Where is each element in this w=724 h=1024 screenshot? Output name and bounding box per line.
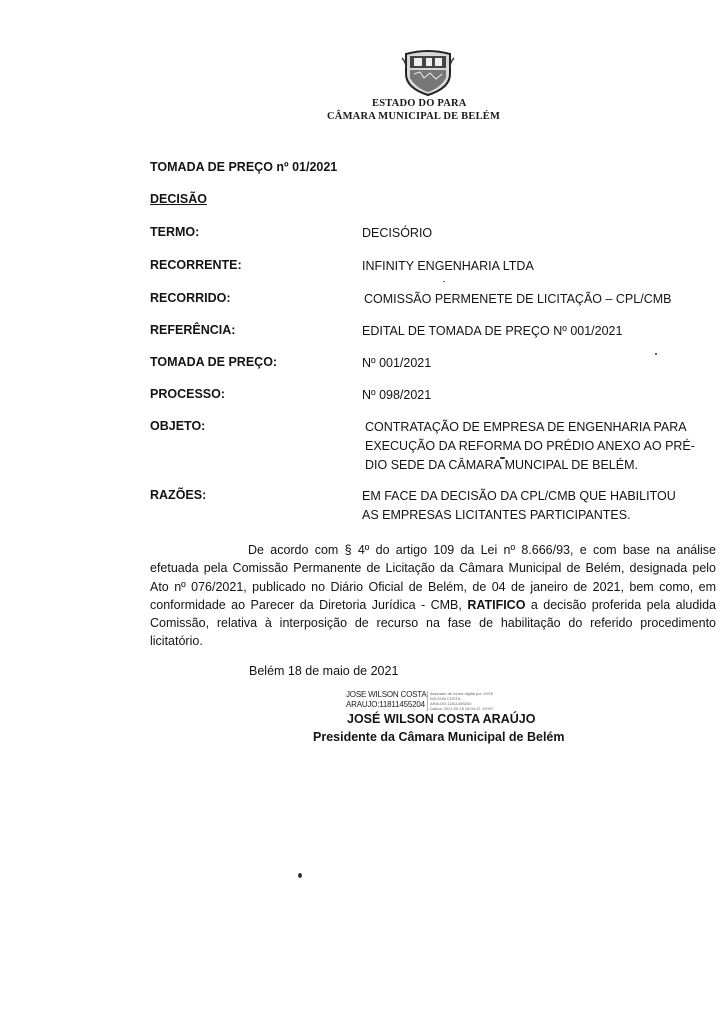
field-value-processo: Nº 098/2021 xyxy=(362,386,692,405)
objeto-line-2: EXECUÇÃO DA REFORMA DO PRÉDIO ANEXO AO P… xyxy=(365,437,695,456)
scan-speck xyxy=(655,353,657,355)
field-label-recorrido: RECORRIDO: xyxy=(150,291,231,305)
stamp-line-2: WILSON COSTA ARAUJO:11811455204 xyxy=(430,696,500,706)
field-label-processo: PROCESSO: xyxy=(150,387,225,401)
header-chamber: CÂMARA MUNICIPAL DE BELÉM xyxy=(327,111,724,122)
scan-speck xyxy=(443,281,445,282)
field-label-tomada-de-preco: TOMADA DE PREÇO: xyxy=(150,355,277,369)
document-page: ESTADO DO PARA CÂMARA MUNICIPAL DE BELÉM… xyxy=(0,0,724,1024)
digital-signature-name: JOSE WILSON COSTA ARAUJO:11811455204 xyxy=(346,690,426,710)
document-date: Belém 18 de maio de 2021 xyxy=(249,664,398,678)
section-heading: DECISÃO xyxy=(150,192,207,206)
field-value-recorrente: INFINITY ENGENHARIA LTDA xyxy=(362,257,692,276)
razoes-line-2: AS EMPRESAS LICITANTES PARTICIPANTES. xyxy=(362,506,692,525)
coat-of-arms-icon xyxy=(400,48,456,96)
razoes-line-1: EM FACE DA DECISÃO DA CPL/CMB QUE HABILI… xyxy=(362,487,692,506)
field-value-referencia: EDITAL DE TOMADA DE PREÇO Nº 001/2021 xyxy=(362,322,692,341)
digital-signature-line-1: JOSE WILSON COSTA xyxy=(346,690,426,700)
signatory-role: Presidente da Câmara Municipal de Belém xyxy=(313,730,564,744)
field-value-objeto: CONTRATAÇÃO DE EMPRESA DE ENGENHARIA PAR… xyxy=(365,418,695,475)
stamp-line-3: Dados: 2021.05.18 18:00:12 -03'00' xyxy=(430,706,500,711)
field-value-termo: DECISÓRIO xyxy=(362,224,692,243)
field-label-recorrente: RECORRENTE: xyxy=(150,258,242,272)
signatory-name: JOSÉ WILSON COSTA ARAÚJO xyxy=(347,712,535,726)
objeto-line-1: CONTRATAÇÃO DE EMPRESA DE ENGENHARIA PAR… xyxy=(365,418,695,437)
field-value-recorrido: COMISSÃO PERMENETE DE LICITAÇÃO – CPL/CM… xyxy=(364,290,694,309)
field-label-referencia: REFERÊNCIA: xyxy=(150,323,235,337)
digital-signature-stamp: Assinado de forma digital por JOSE WILSO… xyxy=(427,691,500,711)
scan-speck xyxy=(500,457,505,459)
objeto-line-3: DIO SEDE DA CÂMARA MUNCIPAL DE BELÉM. xyxy=(365,456,695,475)
scan-speck xyxy=(298,873,302,878)
field-label-objeto: OBJETO: xyxy=(150,419,205,433)
field-value-razoes: EM FACE DA DECISÃO DA CPL/CMB QUE HABILI… xyxy=(362,487,692,525)
digital-signature-line-2: ARAUJO:11811455204 xyxy=(346,700,426,710)
field-label-razoes: RAZÕES: xyxy=(150,488,206,502)
header-state: ESTADO DO PARA xyxy=(372,98,724,109)
paragraph-emphasis: RATIFICO xyxy=(467,598,525,612)
field-value-tomada-de-preco: Nº 001/2021 xyxy=(362,354,692,373)
decision-paragraph: De acordo com § 4º do artigo 109 da Lei … xyxy=(150,541,716,651)
document-title: TOMADA DE PREÇO nº 01/2021 xyxy=(150,160,337,174)
field-label-termo: TERMO: xyxy=(150,225,199,239)
